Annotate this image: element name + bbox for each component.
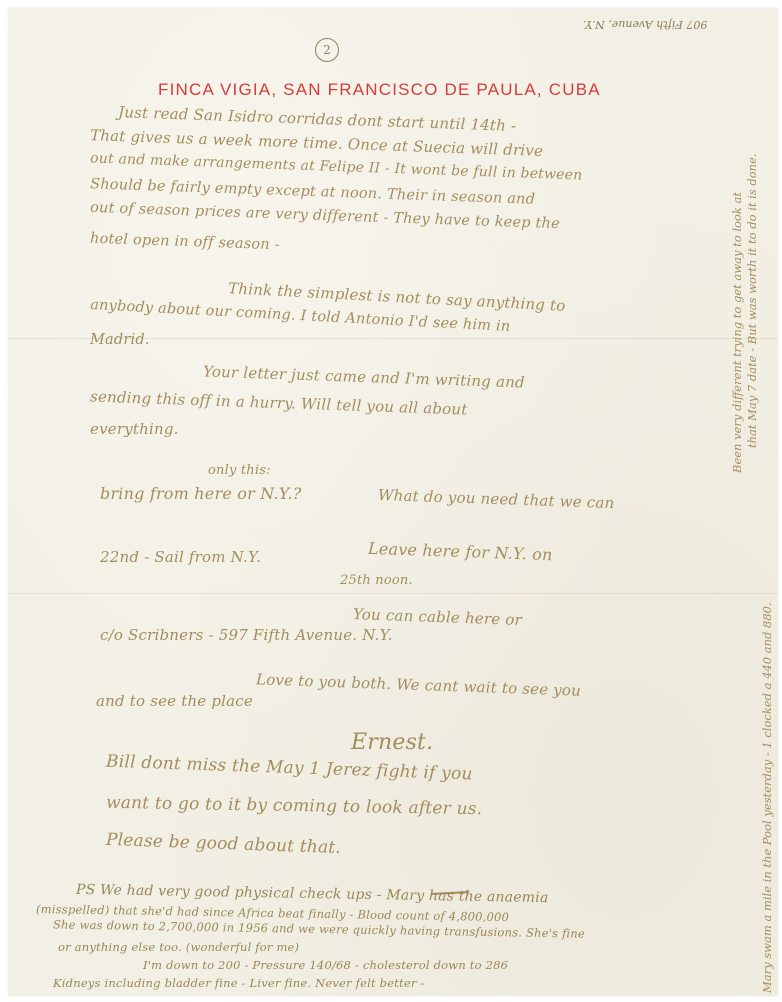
letter-line: Your letter just came and I'm writing an… [203, 362, 525, 391]
letter-line: and to see the place [96, 692, 253, 710]
letter-line: Bill dont miss the May 1 Jerez fight if … [106, 752, 473, 785]
letterhead: FINCA VIGIA, SAN FRANCISCO DE PAULA, CUB… [158, 80, 601, 100]
letter-line: What do you need that we can [378, 486, 615, 512]
ps-line: or anything else too. (wonderful for me) [58, 940, 299, 954]
letter-line: bring from here or N.Y.? [100, 484, 301, 503]
ps-line: Kidneys including bladder fine - Liver f… [53, 976, 425, 990]
margin-note-vertical: Been very different trying to get away t… [730, 192, 744, 473]
letter-line: Please be good about that. [106, 830, 342, 858]
margin-note-vertical: Mary swam a mile in the Pool yesterday -… [760, 602, 774, 993]
ps-line: PS We had very good physical check ups -… [76, 882, 549, 906]
signature-ernest: Ernest. [351, 730, 433, 755]
letter-line: 22nd - Sail from N.Y. [100, 548, 261, 566]
paper-fold-line [8, 593, 778, 594]
letter-line: sending this off in a hurry. Will tell y… [90, 387, 468, 418]
upside-down-address-note: 907 Fifth Avenue, N.Y. [583, 18, 707, 31]
letter-line: everything. [90, 420, 179, 438]
letter-page: 907 Fifth Avenue, N.Y. 2 FINCA VIGIA, SA… [8, 8, 778, 996]
letter-line: c/o Scribners - 597 Fifth Avenue. N.Y. [100, 626, 393, 644]
ps-line: I'm down to 200 - Pressure 140/68 - chol… [143, 958, 508, 972]
letter-line: only this: [208, 463, 271, 478]
letter-line: want to go to it by coming to look after… [106, 793, 483, 820]
letter-line: Leave here for N.Y. on [368, 539, 553, 564]
margin-note-vertical: that May 7 date - But was worth it to do… [745, 153, 759, 448]
letter-line: 25th noon. [340, 573, 413, 588]
letter-line: Madrid. [90, 332, 150, 348]
page-number: 2 [315, 38, 339, 62]
letter-line: Love to you both. We cant wait to see yo… [256, 670, 582, 699]
letter-line: hotel open in off season - [90, 231, 280, 254]
